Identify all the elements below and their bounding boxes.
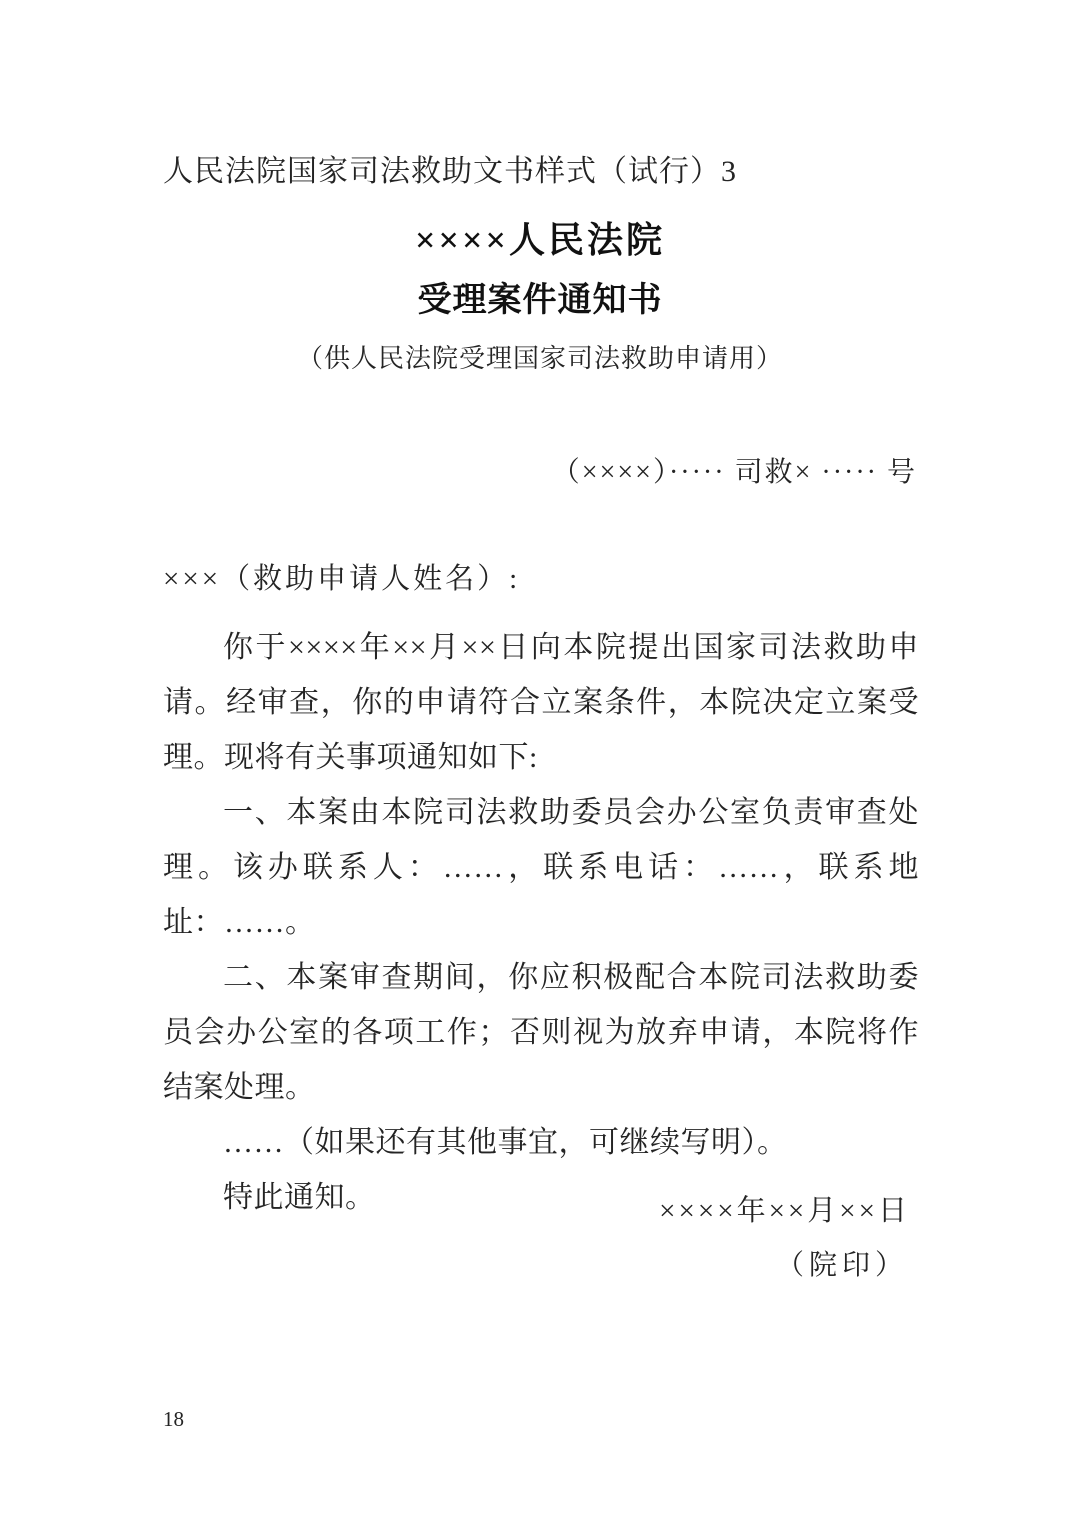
case-number: （××××）····· 司救× ····· 号 [552,450,917,490]
seal-note: （院印） [776,1243,908,1283]
usage-note: （供人民法院受理国家司法救助申请用） [0,338,1080,375]
document-page: 人民法院国家司法救助文书样式（试行）3 ××××人民法院 受理案件通知书 （供人… [0,0,1080,1527]
page-number: 18 [163,1407,184,1432]
body-paragraph: 一、本案由本院司法救助委员会办公室负责审查处理。该办联系人：……，联系电话：……… [163,785,919,950]
date-line: ××××年××月××日 [659,1188,910,1229]
document-title: 受理案件通知书 [0,272,1080,321]
document-series-header: 人民法院国家司法救助文书样式（试行）3 [163,146,737,190]
body-paragraph: 你于××××年××月××日向本院提出国家司法救助申请。经审查，你的申请符合立案条… [163,620,919,785]
body-paragraph: ……（如果还有其他事宜，可继续写明）。 [163,1115,919,1170]
notice-body: 你于××××年××月××日向本院提出国家司法救助申请。经审查，你的申请符合立案条… [163,620,919,1225]
body-paragraph: 二、本案审查期间，你应积极配合本院司法救助委员会办公室的各项工作；否则视为放弃申… [163,950,919,1115]
court-title: ××××人民法院 [0,212,1080,263]
salutation: ×××（救助申请人姓名）: [163,556,520,597]
